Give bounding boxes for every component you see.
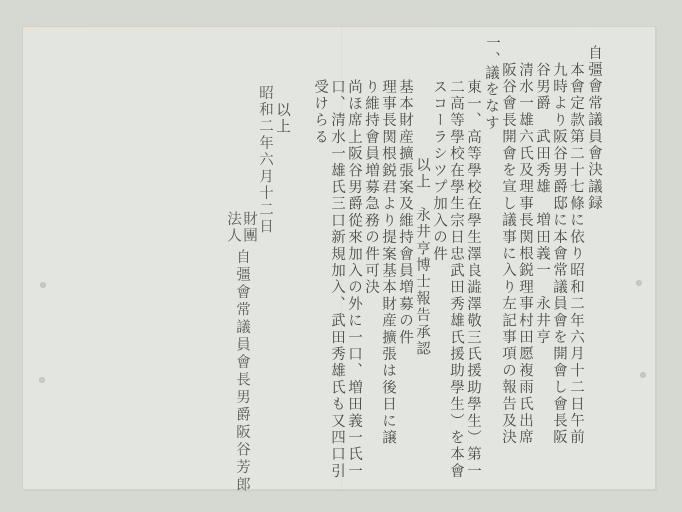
signature-org-prefix: 財團 <box>240 211 257 244</box>
item-one-line-2: 二高等學校在學生宗日忠武田秀雄氏援助學生）を本會 <box>447 79 464 480</box>
signature-name: 自彊會常議員會長男爵阪谷芳郎 <box>233 249 250 494</box>
intro-line-6: 議をなす <box>482 65 499 132</box>
item-one-closing: 以上 永井亨博士報告承認 <box>413 157 430 357</box>
intro-line-5: 阪谷會長開會を宣し議事に入り左記事項の報告及決 <box>499 62 516 446</box>
item-two-line-2: 理事長関根鋭君より提案基本財産擴張は後日に譲 <box>379 79 396 446</box>
item-one-marker: 一、 <box>483 35 500 68</box>
item-two-line-5: 口、清水一雄氏三口新規加入、武田秀雄氏も又四口引 <box>328 79 345 480</box>
item-two-line-3: り維持會員増募急務の件可決 <box>362 79 379 296</box>
punch-hole-right-top <box>636 280 642 286</box>
item-two-line-6: 受けらる <box>311 79 328 146</box>
intro-line-1: 本會定款第二十七條に依り昭和二年六月十二日午前 <box>567 62 584 446</box>
intro-line-2: 九時より阪谷男爵邸に本會常議員會を開會し會長阪 <box>550 62 567 446</box>
item-two-line-4: 尚ほ席上阪谷男爵從來加入の外に一口、増田義一氏一 <box>345 79 362 480</box>
item-two-line-1: 基本財産擴張案及維持會員増募の件 <box>396 79 413 346</box>
intro-line-3: 谷男爵 武田秀雄 増田義一 永井亨 <box>533 62 550 346</box>
closing-text: 以上 <box>273 102 290 135</box>
item-one-line-3: スコーラシツプ加入の件 <box>430 79 447 263</box>
intro-line-4: 清水一雄六氏及理事長関根鋭理事村田愿複雨氏出席 <box>516 62 533 446</box>
punch-hole-left-bottom <box>39 377 45 383</box>
item-one-line-1: 東一、高等學校在學生澤良澁澤敬三氏援助學生）第一 <box>464 79 481 480</box>
document-date: 昭和二年六月十二日 <box>256 85 273 235</box>
document-sheet: 自彊會常議員會決議録 本會定款第二十七條に依り昭和二年六月十二日午前 九時より阪… <box>23 27 655 489</box>
document-title: 自彊會常議員會決議録 <box>585 45 602 212</box>
signature-org-suffix: 法人 <box>224 211 241 244</box>
punch-hole-left-top <box>40 282 46 288</box>
punch-hole-right-bottom <box>640 372 646 378</box>
